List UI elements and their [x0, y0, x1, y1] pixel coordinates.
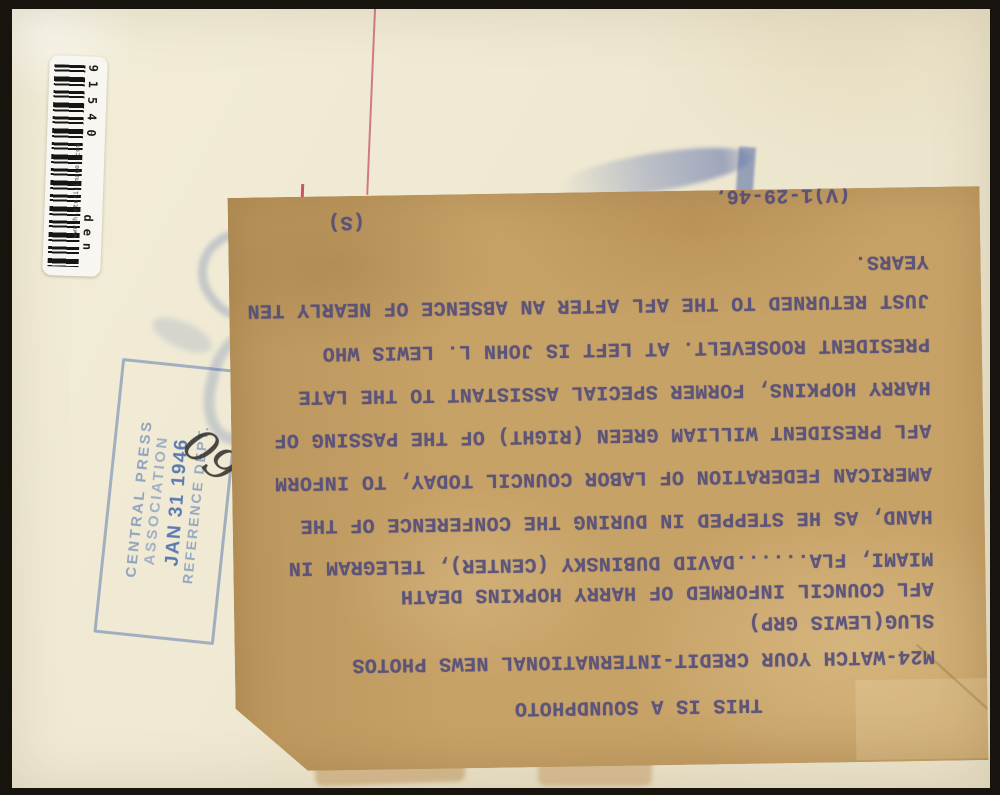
caption-line: M24-WATCH YOUR CREDIT-INTERNATIONAL NEWS…: [352, 645, 935, 674]
caption-line: SLUG(LEWIS GRP): [748, 609, 934, 632]
scanned-photo-verso: CENTRAL PRESS ASSOCIATION JAN 31 1946 RE…: [0, 0, 1000, 795]
red-mark: [301, 184, 304, 197]
caption-line: AMERICAN FEDERATION OF LABOR COUNCIL TOD…: [275, 462, 933, 492]
caption-line: MIAMI, FLA......DAVID DUBINSKY (CENTER),…: [288, 547, 933, 577]
caption-line: AFL COUNCIL INFORMED OF HARRY HOPKINS DE…: [400, 577, 934, 605]
caption-line: THIS IS A SOUNDPHOTO: [514, 694, 762, 718]
caption-line: HARRY HOPKINS, FORMER SPECIAL ASSISTANT …: [298, 376, 931, 406]
caption-slip: THIS IS A SOUNDPHOTO M24-WATCH YOUR CRED…: [228, 186, 989, 772]
caption-line: HAND, AS HE STEPPED IN DURING THE CONFER…: [300, 505, 933, 535]
barcode-letters: den: [79, 214, 95, 270]
caption-line: JUST RETURNED TO THE AFL AFTER AN ABSENC…: [247, 289, 929, 320]
caption-line: PRESIDENT ROOSEVELT. AT LEFT IS JOHN L. …: [322, 333, 930, 363]
caption-section-mark: (S): [328, 211, 366, 232]
caption-text-upside-down: THIS IS A SOUNDPHOTO M24-WATCH YOUR CRED…: [228, 186, 989, 772]
caption-line: YEARS.: [854, 250, 929, 271]
barcode-label: 91540 den www.historicimages.com: [42, 55, 108, 277]
caption-line: AFL PRESIDENT WILLIAM GREEN (RIGHT) OF T…: [274, 419, 932, 449]
